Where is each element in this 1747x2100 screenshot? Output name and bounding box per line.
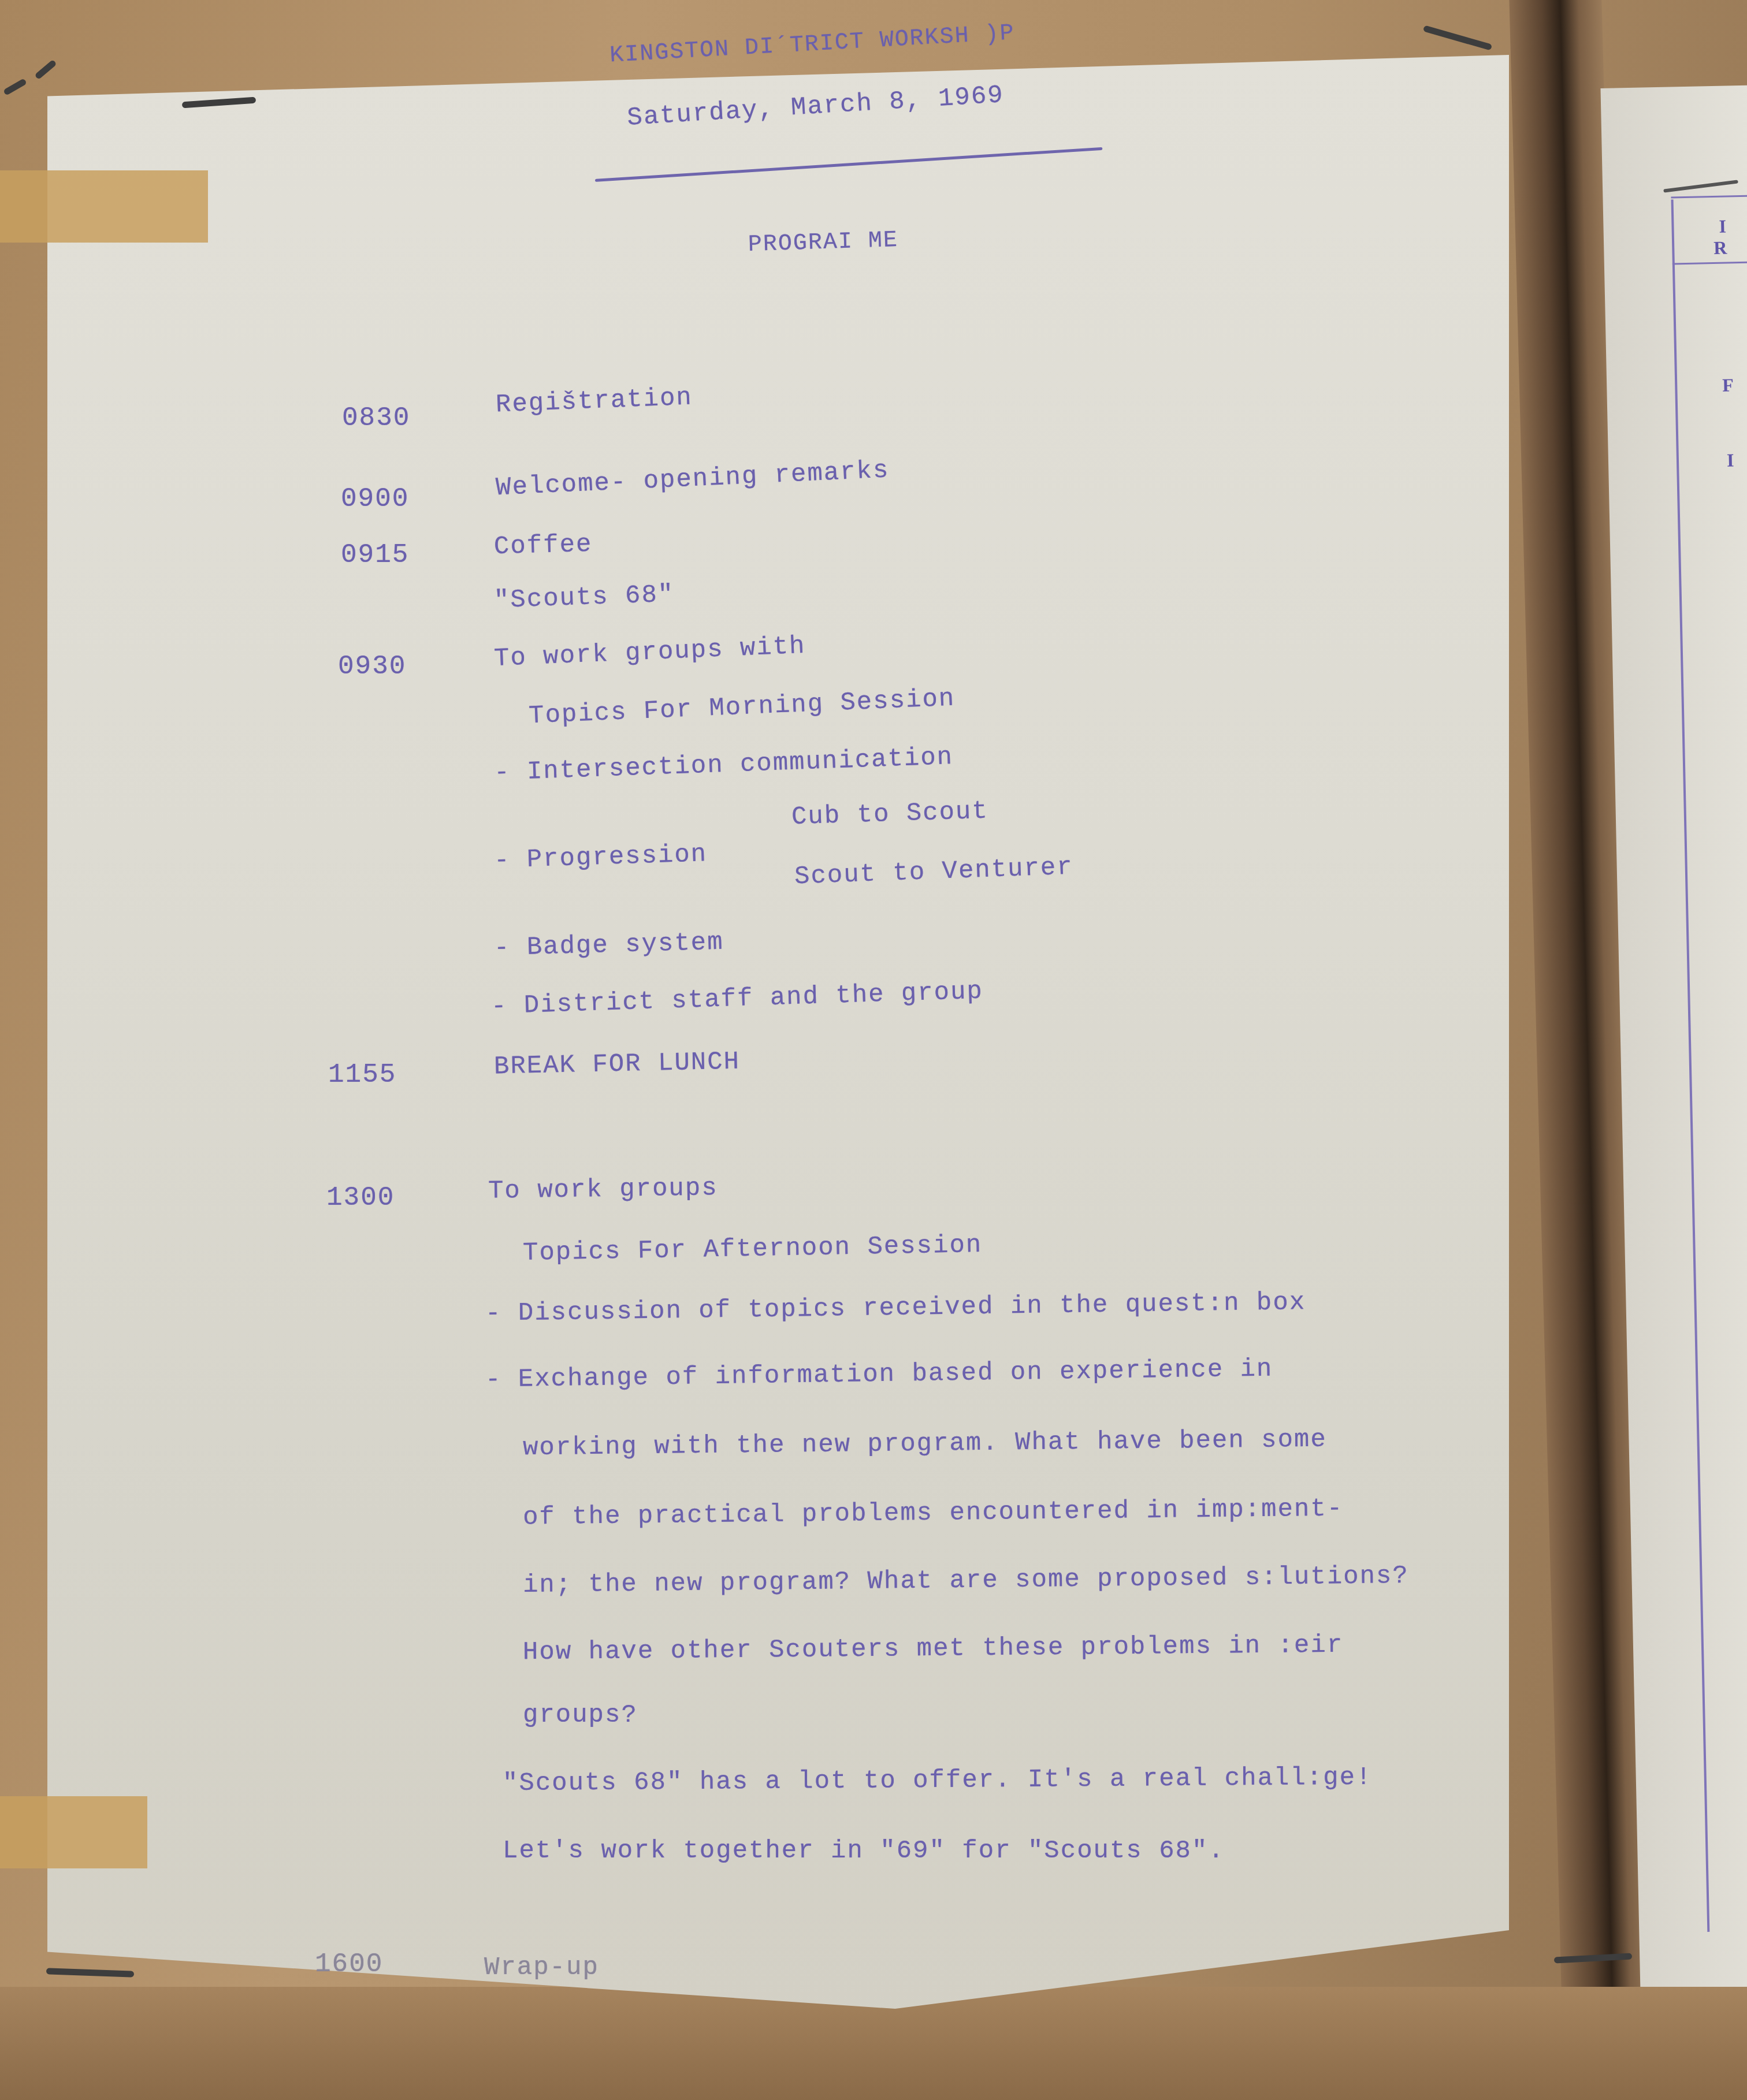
time-1600: 1600 bbox=[315, 1949, 383, 1979]
time-0900: 0900 bbox=[341, 484, 409, 514]
table-rule bbox=[1672, 261, 1747, 265]
partial-text: I bbox=[1719, 216, 1726, 237]
item-coffee: Coffee bbox=[493, 530, 593, 561]
item-afternoon-work-groups: To work groups bbox=[488, 1174, 718, 1206]
item-wrap-up: Wrap-up bbox=[484, 1953, 599, 1982]
table-rule bbox=[1671, 199, 1710, 1931]
closing-line-2: Let's work together in "69" for "Scouts … bbox=[503, 1837, 1225, 1866]
time-0930: 0930 bbox=[338, 651, 406, 682]
tape-strip bbox=[0, 1796, 147, 1868]
partial-text: I bbox=[1727, 449, 1734, 471]
time-1155: 1155 bbox=[328, 1060, 396, 1090]
programme-heading: PROGRAI ME bbox=[748, 228, 898, 258]
time-0830: 0830 bbox=[342, 403, 410, 433]
programme-page bbox=[47, 55, 1509, 2019]
tape-strip bbox=[0, 170, 208, 243]
table-rule bbox=[1671, 195, 1747, 198]
time-0915: 0915 bbox=[341, 540, 409, 570]
staple bbox=[1663, 180, 1738, 192]
partial-text: R bbox=[1713, 237, 1727, 259]
item-lunch: BREAK FOR LUNCH bbox=[494, 1048, 741, 1082]
exchange-line-5: groups? bbox=[523, 1701, 638, 1730]
time-1300: 1300 bbox=[326, 1183, 395, 1213]
closing-line-1: "Scouts 68" has a lot to offer. It's a r… bbox=[503, 1763, 1373, 1799]
partial-text: F bbox=[1722, 374, 1734, 396]
topic-badge-system: - Badge system bbox=[493, 928, 724, 963]
progression-cub-to-scout: Cub to Scout bbox=[791, 797, 988, 832]
